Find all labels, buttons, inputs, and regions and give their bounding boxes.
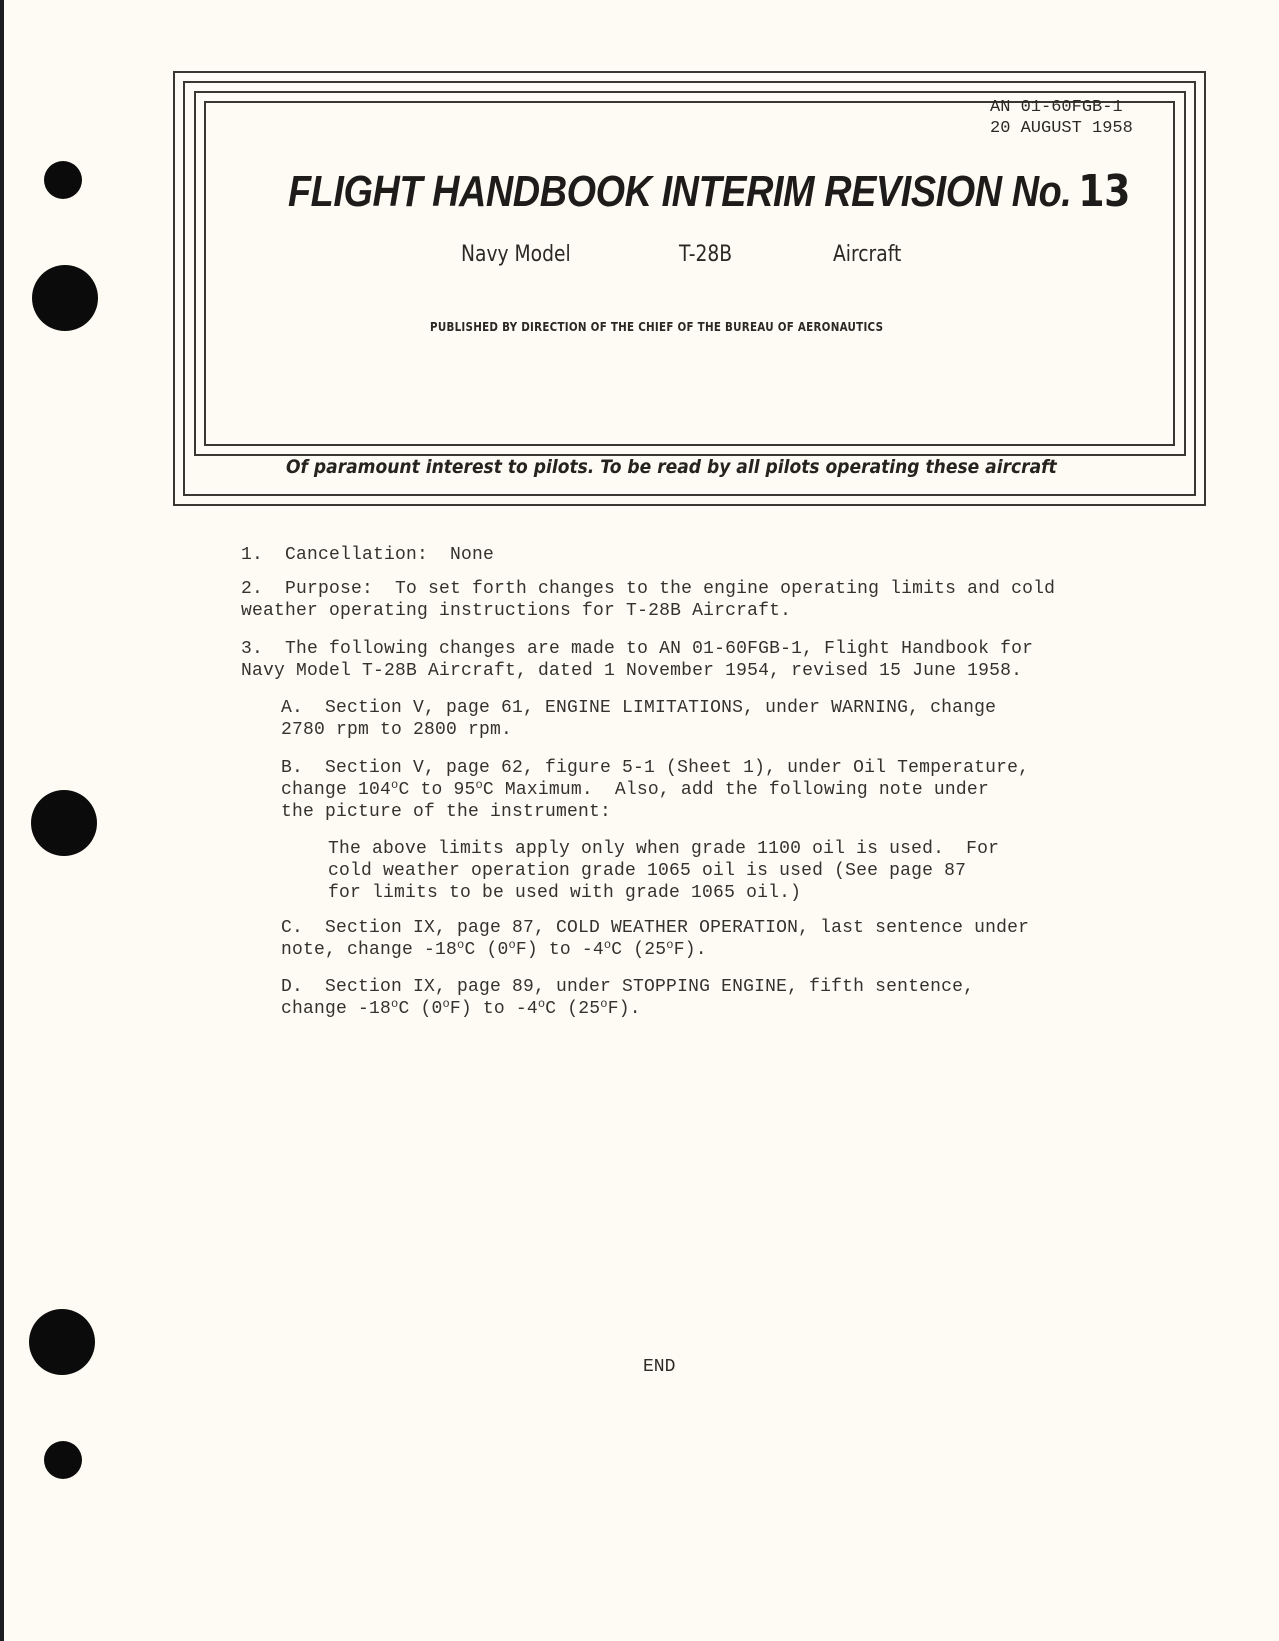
paragraph-note: The above limits apply only when grade 1…	[328, 838, 999, 904]
paragraph-3: 3. The following changes are made to AN …	[241, 638, 1033, 682]
paragraph-d: D. Section IX, page 89, under STOPPING E…	[281, 976, 974, 1020]
document-id: AN 01-60FGB-1 20 AUGUST 1958	[990, 97, 1133, 139]
scan-edge	[0, 0, 4, 1641]
paragraph-c: C. Section IX, page 87, COLD WEATHER OPE…	[281, 917, 1029, 961]
punch-hole	[29, 1309, 95, 1375]
doc-number: AN 01-60FGB-1	[990, 97, 1133, 118]
punch-hole	[44, 161, 82, 199]
title-text: FLIGHT HANDBOOK INTERIM REVISION No.	[288, 167, 1071, 216]
revision-number: 13	[1078, 166, 1130, 217]
aircraft-model: T-28B	[679, 242, 732, 267]
model-suffix: Aircraft	[833, 242, 901, 267]
pilot-notice: Of paramount interest to pilots. To be r…	[286, 456, 1057, 478]
punch-hole	[44, 1441, 82, 1479]
doc-date: 20 AUGUST 1958	[990, 118, 1133, 139]
paragraph-b: B. Section V, page 62, figure 5-1 (Sheet…	[281, 757, 1029, 823]
paragraph-2: 2. Purpose: To set forth changes to the …	[241, 578, 1055, 622]
published-by: PUBLISHED BY DIRECTION OF THE CHIEF OF T…	[430, 320, 877, 334]
header-frame-inner	[204, 101, 1175, 446]
paragraph-a: A. Section V, page 61, ENGINE LIMITATION…	[281, 697, 996, 741]
page-title: FLIGHT HANDBOOK INTERIM REVISION No.13	[288, 166, 1036, 217]
punch-hole	[31, 790, 97, 856]
end-mark: END	[643, 1357, 675, 1377]
punch-hole	[32, 265, 98, 331]
model-prefix: Navy Model	[461, 242, 571, 267]
paragraph-1: 1. Cancellation: None	[241, 544, 494, 566]
